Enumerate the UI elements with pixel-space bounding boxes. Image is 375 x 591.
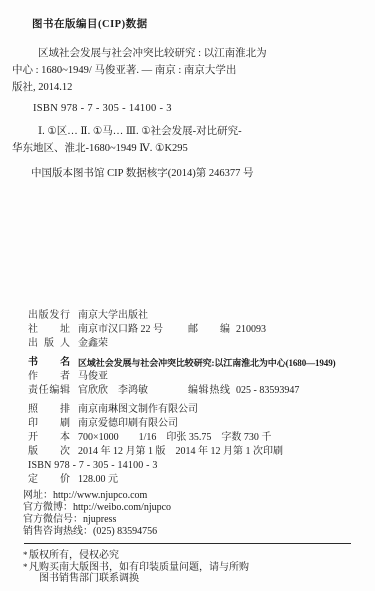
field-label: 照排 xyxy=(28,403,70,417)
field-value: 南京市汉口路 22 号 xyxy=(78,323,188,337)
field-value: 南京爱德印刷有限公司 xyxy=(78,417,178,431)
field-value: 2014 年 12 月第 1 版 2014 年 12 月第 1 次印刷 xyxy=(78,445,283,459)
isbn-text: ISBN 978 - 7 - 305 - 14100 - 3 xyxy=(28,459,158,473)
field-value: 马俊亚 xyxy=(78,370,108,384)
website-line: 网址：http://www.njupco.com xyxy=(23,490,357,502)
cip-description: 区域社会发展与社会冲突比较研究 : 以江南淮北为 中心 : 1680~1949/… xyxy=(12,45,345,96)
row-publisher: 出版发行 南京大学出版社 xyxy=(28,309,357,323)
field-label: 社址 xyxy=(28,323,70,337)
book-copyright-page: 图书在版编目(CIP)数据 区域社会发展与社会冲突比较研究 : 以江南淮北为 中… xyxy=(0,0,375,591)
field-label: 书名 xyxy=(28,356,70,370)
field-label: 开本 xyxy=(28,431,70,445)
field-label: 出版人 xyxy=(28,337,70,351)
row-printing: 印刷 南京爱德印刷有限公司 xyxy=(28,417,357,431)
field-value: 700×1000 1/16 印张 35.75 字数 730 千 xyxy=(78,431,271,445)
field-value: 官欣欣 李鸿敏 xyxy=(78,384,188,398)
row-author: 作者 马俊亚 xyxy=(28,370,357,384)
field-value-2: 210093 xyxy=(236,323,266,337)
field-value: 南京大学出版社 xyxy=(78,309,148,323)
row-isbn: ISBN 978 - 7 - 305 - 14100 - 3 xyxy=(28,459,357,473)
field-label-2: 邮编 xyxy=(188,323,230,337)
row-editors: 责任编辑 官欣欣 李鸿敏 编辑热线 025 - 83593947 xyxy=(28,384,357,398)
cip-isbn: ISBN 978 - 7 - 305 - 14100 - 3 xyxy=(33,101,375,116)
field-value: 128.00 元 xyxy=(78,473,118,487)
field-label: 责任编辑 xyxy=(28,384,70,398)
footer-notes: * 版权所有，侵权必究 * 凡购买南大版图书，如有印装质量问题，请与所购 图书销… xyxy=(23,550,355,584)
colophon-table: 出版发行 南京大学出版社 社址 南京市汉口路 22 号 邮编 210093 出版… xyxy=(28,309,357,487)
sales-hotline-line: 销售咨询热线：(025) 83594756 xyxy=(23,526,357,538)
field-value-2: 025 - 83593947 xyxy=(236,384,299,398)
field-label: 版次 xyxy=(28,445,70,459)
field-value: 金鑫荣 xyxy=(78,337,108,351)
row-format: 开本 700×1000 1/16 印张 35.75 字数 730 千 xyxy=(28,431,357,445)
cip-header: 图书在版编目(CIP)数据 xyxy=(32,18,375,32)
weibo-line: 官方微博：http://weibo.com/njupco xyxy=(23,502,357,514)
note-text: 凡购买南大版图书，如有印装质量问题，请与所购 图书销售部门联系调换 xyxy=(29,562,249,584)
row-address: 社址 南京市汉口路 22 号 邮编 210093 xyxy=(28,323,357,337)
row-typesetting: 照排 南京南琳图文制作有限公司 xyxy=(28,403,357,417)
note-quality: * 凡购买南大版图书，如有印装质量问题，请与所购 图书销售部门联系调换 xyxy=(23,562,355,584)
cip-classification: Ⅰ. ①区… Ⅱ. ①马… Ⅲ. ①社会发展-对比研究- 华东地区、淮北-168… xyxy=(12,123,345,157)
wechat-line: 官方微信号：njupress xyxy=(23,514,357,526)
field-value: 南京南琳图文制作有限公司 xyxy=(78,403,198,417)
field-label: 印刷 xyxy=(28,417,70,431)
footer-divider xyxy=(24,543,351,544)
cip-record-number: 中国版本图书馆 CIP 数据核字(2014)第 246377 号 xyxy=(31,166,375,181)
contact-block: 网址：http://www.njupco.com 官方微博：http://wei… xyxy=(23,490,357,538)
field-label: 作者 xyxy=(28,370,70,384)
note-copyright: * 版权所有，侵权必究 xyxy=(23,550,355,561)
field-label-2: 编辑热线 xyxy=(188,384,230,398)
row-price: 定价 128.00 元 xyxy=(28,473,357,487)
row-book-title: 书名 区域社会发展与社会冲突比较研究:以江南淮北为中心(1680—1949) xyxy=(28,356,357,370)
field-value: 区域社会发展与社会冲突比较研究:以江南淮北为中心(1680—1949) xyxy=(78,356,336,370)
note-text: 版权所有，侵权必究 xyxy=(29,550,119,561)
row-edition: 版次 2014 年 12 月第 1 版 2014 年 12 月第 1 次印刷 xyxy=(28,445,357,459)
field-label: 定价 xyxy=(28,473,70,487)
row-publisher-person: 出版人 金鑫荣 xyxy=(28,337,357,351)
field-label: 出版发行 xyxy=(28,309,70,323)
